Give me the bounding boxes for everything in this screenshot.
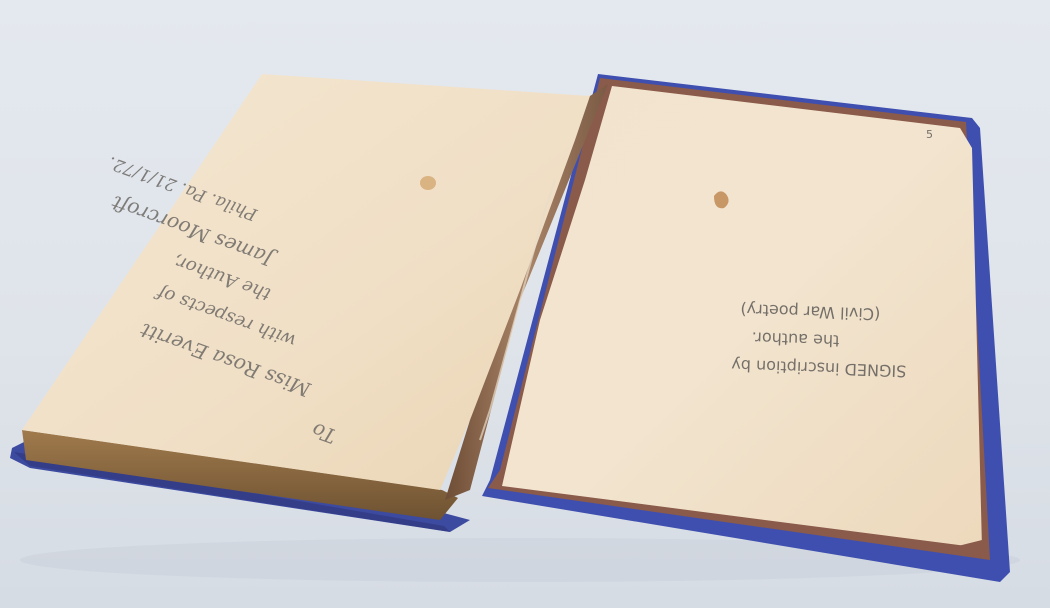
photo-scene: 5 To Miss Rosa Everitt with respects of … xyxy=(0,0,1050,608)
stain-left xyxy=(420,176,436,190)
inscription-line: the author. xyxy=(751,328,839,350)
open-book: 5 To Miss Rosa Everitt with respects of … xyxy=(0,0,1050,608)
page-number: 5 xyxy=(926,128,933,141)
